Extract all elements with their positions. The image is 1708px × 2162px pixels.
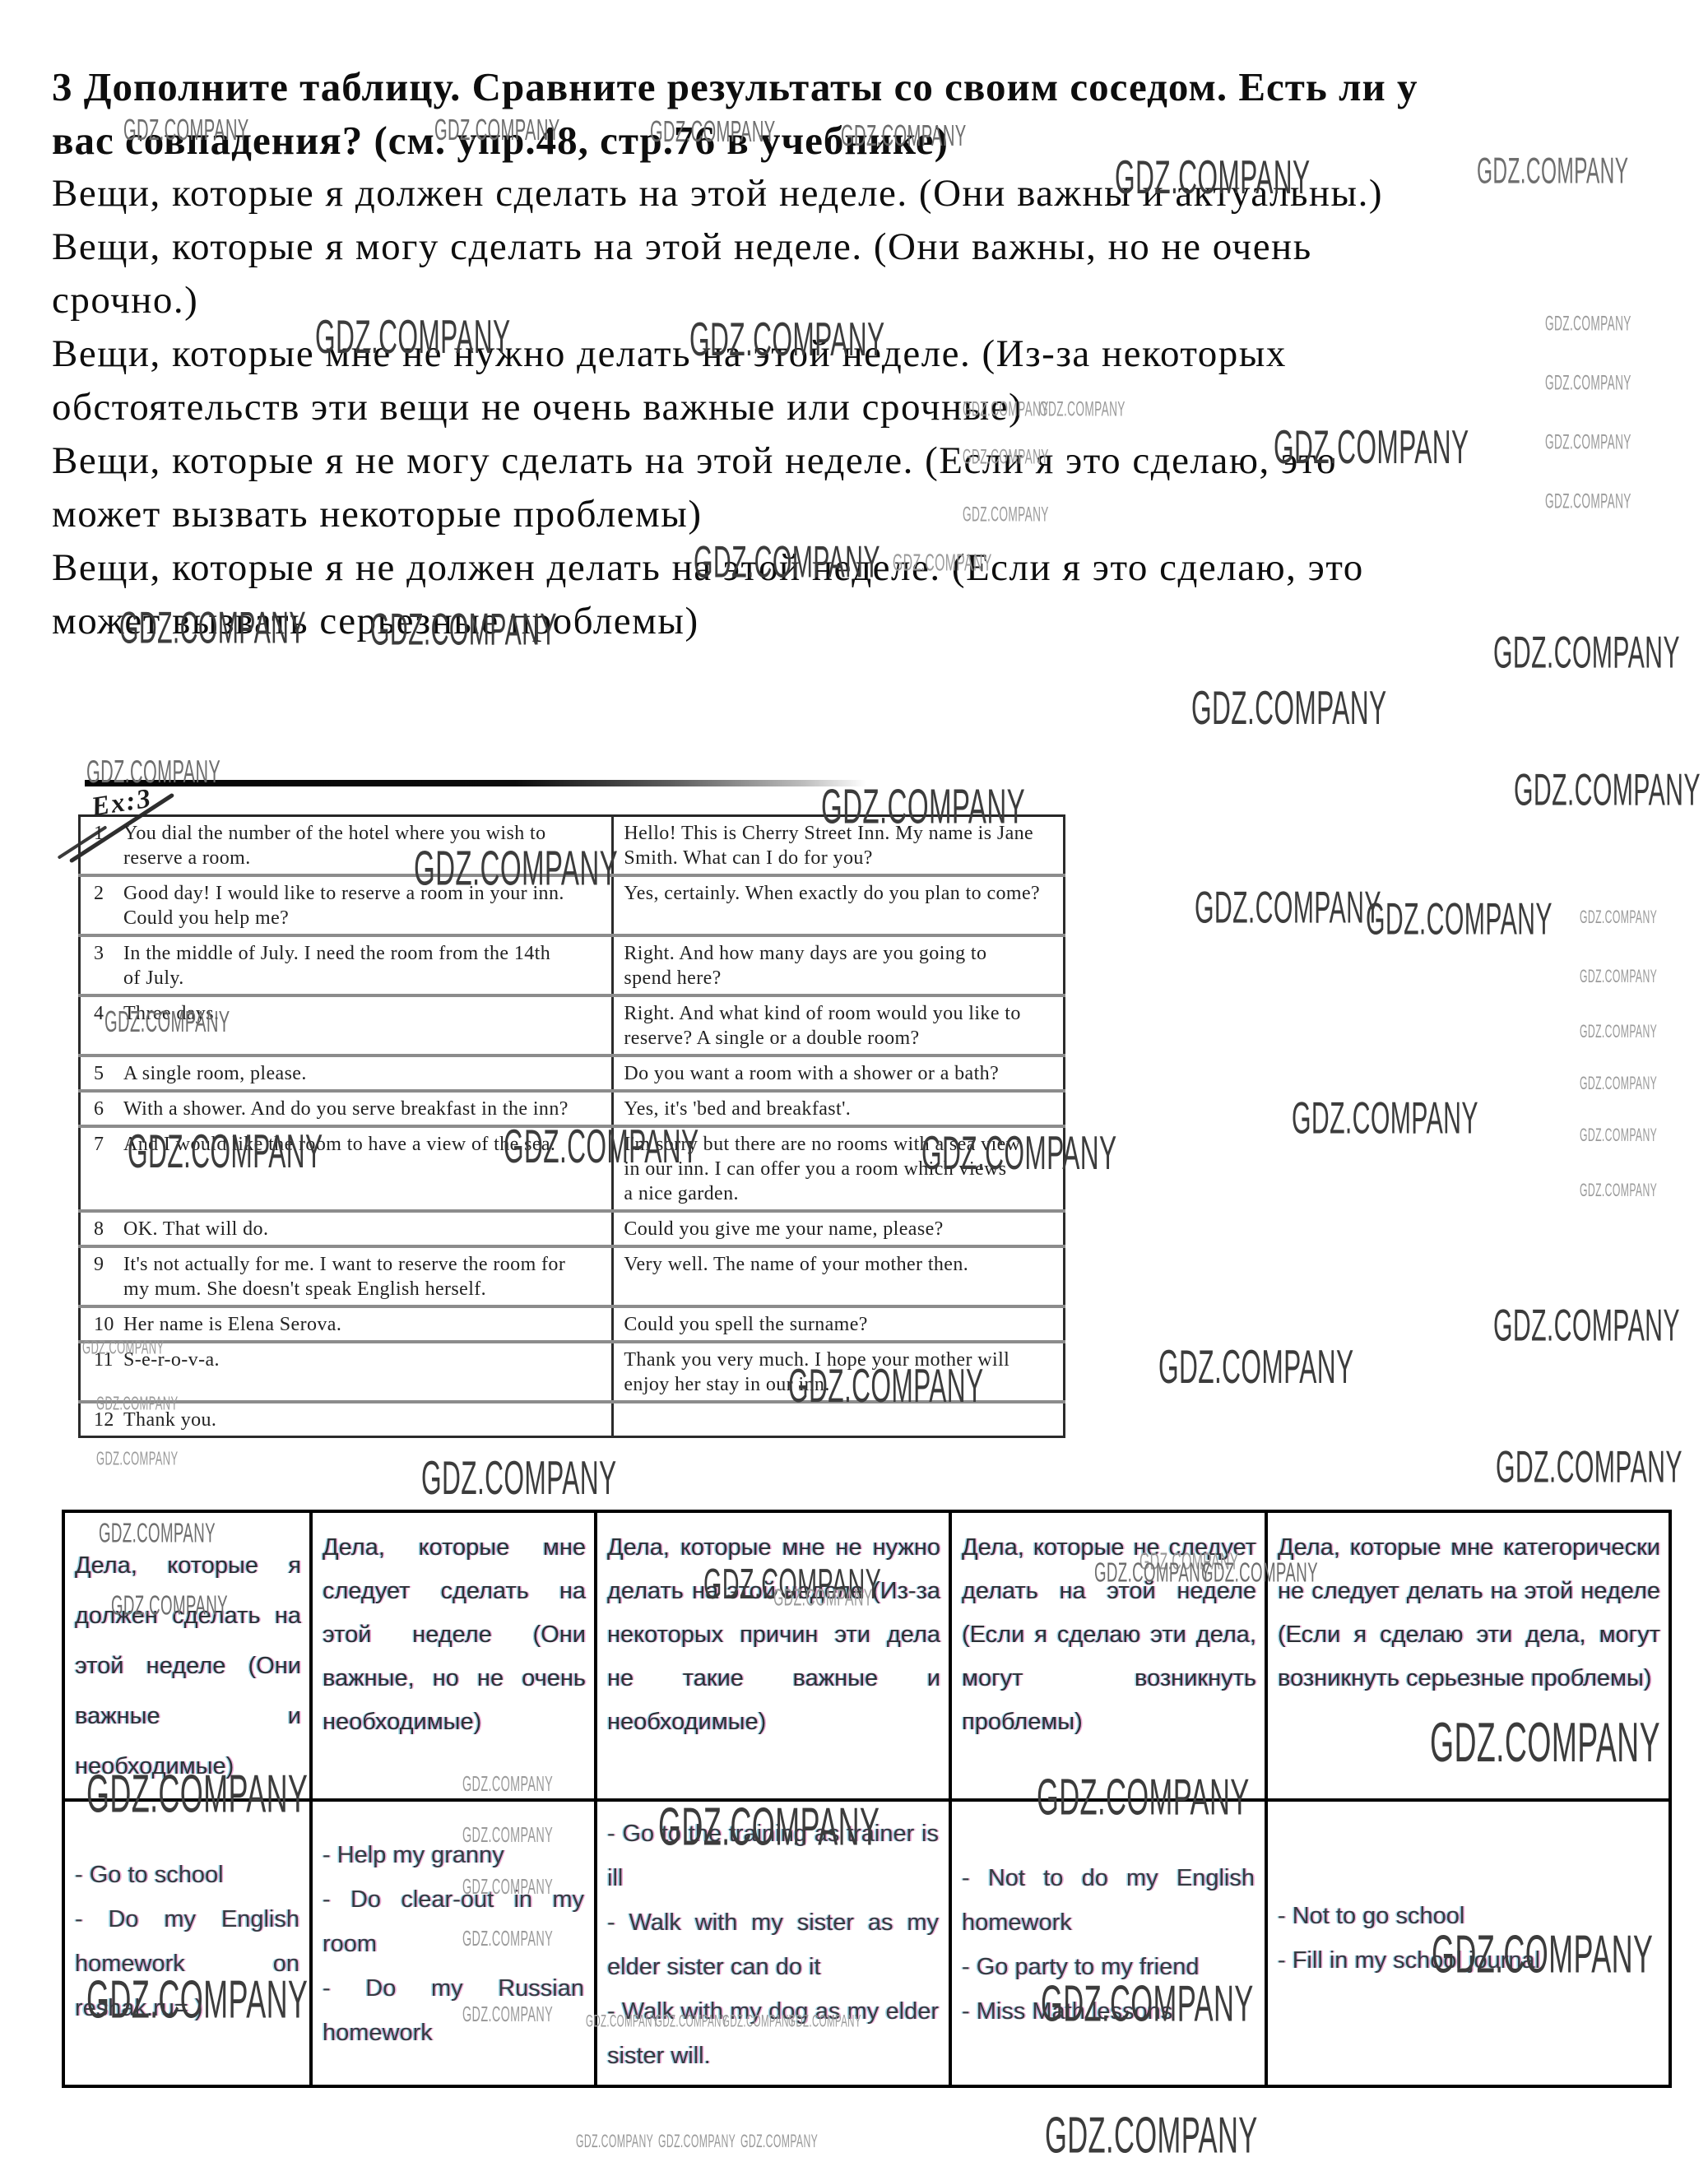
watermark: GDZ.COMPANY [462, 2004, 553, 2025]
watermark: GDZ.COMPANY [1580, 1181, 1657, 1199]
speaker-b-cell: Could you spell the surname? [613, 1306, 1065, 1342]
watermark: GDZ.COMPANY [370, 607, 557, 652]
speaker-a-cell: 5A single room, please. [80, 1055, 613, 1091]
watermark: GDZ.COMPANY [963, 400, 1049, 420]
watermark: GDZ.COMPANY [462, 1774, 553, 1795]
line-number: 5 [94, 1061, 123, 1086]
speaker-b-cell: Could you give me your name, please? [613, 1211, 1065, 1246]
speaker-a-text: 10Her name is Elena Serova. [94, 1312, 605, 1337]
watermark: GDZ.COMPANY [1580, 1023, 1657, 1041]
watermark: GDZ.COMPANY [1545, 373, 1631, 394]
watermark: GDZ.COMPANY [1545, 492, 1631, 513]
watermark: GDZ.COMPANY [1493, 1303, 1680, 1348]
watermark: GDZ.COMPANY [963, 448, 1049, 468]
speaker-a-text: 5A single room, please. [94, 1061, 605, 1086]
watermark: GDZ.COMPANY [504, 1124, 699, 1171]
speaker-a-cell: 3In the middle of July. I need the room … [80, 935, 613, 995]
watermark: GDZ.COMPANY [96, 1394, 178, 1413]
watermark: GDZ.COMPANY [658, 2132, 736, 2150]
watermark: GDZ.COMPANY [1580, 967, 1657, 986]
speaker-a-text: 6With a shower. And do you serve breakfa… [94, 1097, 605, 1121]
watermark: GDZ.COMPANY [1432, 1928, 1653, 1981]
watermark: GDZ.COMPANY [921, 1130, 1116, 1177]
watermark: GDZ.COMPANY [1094, 1558, 1211, 1586]
intro-line: 3 Дополните таблицу. Сравните результаты… [52, 60, 1640, 114]
watermark: GDZ.COMPANY [650, 117, 776, 146]
watermark: GDZ.COMPANY [1274, 425, 1469, 471]
todo-item: - Walk with my dog as my elder sister wi… [607, 1989, 939, 2078]
watermark: GDZ.COMPANY [788, 1363, 983, 1410]
watermark: GDZ.COMPANY [658, 1800, 880, 1853]
watermark: GDZ.COMPANY [421, 1455, 616, 1502]
watermark: GDZ.COMPANY [86, 1767, 308, 1821]
dialogue-row: 9It's not actually for me. I want to res… [80, 1246, 1065, 1306]
speaker-b-cell: Do you want a room with a shower or a ba… [613, 1055, 1065, 1091]
watermark: GDZ.COMPANY [576, 2132, 653, 2150]
line-number: 7 [94, 1132, 123, 1157]
watermark: GDZ.COMPANY [821, 782, 1025, 831]
watermark: GDZ.COMPANY [1115, 155, 1310, 202]
watermark: GDZ.COMPANY [1041, 1979, 1254, 2030]
speaker-a-text: 11S-e-r-o-v-a. [94, 1348, 605, 1372]
todo-body-cell: - Not to do my English homework- Go part… [950, 1800, 1266, 2086]
todo-header-cell: Дела, которые я должен сделать на этой н… [63, 1511, 311, 1800]
watermark: GDZ.COMPANY [655, 2014, 728, 2031]
watermark: GDZ.COMPANY [86, 1973, 308, 2026]
watermark: GDZ.COMPANY [963, 505, 1049, 526]
dialogue-row: 8OK. That will do.Could you give me your… [80, 1211, 1065, 1246]
watermark: GDZ.COMPANY [841, 121, 967, 151]
speaker-a-text: 8OK. That will do. [94, 1217, 605, 1241]
speaker-b-cell: Yes, certainly. When exactly do you plan… [613, 875, 1065, 935]
line-number: 9 [94, 1252, 123, 1277]
watermark: GDZ.COMPANY [788, 2014, 861, 2031]
watermark: GDZ.COMPANY [111, 1591, 228, 1619]
watermark: GDZ.COMPANY [119, 605, 306, 651]
watermark: GDZ.COMPANY [1545, 433, 1631, 453]
speaker-a-cell: 8OK. That will do. [80, 1211, 613, 1246]
watermark: GDZ.COMPANY [1037, 1773, 1250, 1824]
speaker-b-cell: Right. And what kind of room would you l… [613, 995, 1065, 1055]
watermark: GDZ.COMPANY [694, 540, 880, 585]
speaker-b-text: Yes, certainly. When exactly do you plan… [624, 881, 1056, 906]
intro-line: Вещи, которые я должен сделать на этой н… [52, 167, 1640, 220]
line-number: 8 [94, 1217, 123, 1241]
speaker-a-cell: 9It's not actually for me. I want to res… [80, 1246, 613, 1306]
watermark: GDZ.COMPANY [1493, 630, 1680, 675]
watermark: GDZ.COMPANY [123, 115, 249, 145]
watermark: GDZ.COMPANY [1580, 1074, 1657, 1093]
line-number: 10 [94, 1312, 123, 1337]
todo-header-cell: Дела, которые мне не нужно делать на это… [596, 1511, 950, 1800]
watermark: GDZ.COMPANY [1496, 1445, 1682, 1490]
line-number: 6 [94, 1097, 123, 1121]
watermark: GDZ.COMPANY [1366, 897, 1553, 942]
watermark: GDZ.COMPANY [1580, 908, 1657, 926]
speaker-b-text: Could you give me your name, please? [624, 1217, 1056, 1241]
watermark: GDZ.COMPANY [86, 757, 220, 789]
line-number: 2 [94, 881, 123, 906]
watermark: GDZ.COMPANY [586, 2014, 659, 2031]
watermark: GDZ.COMPANY [315, 314, 510, 361]
speaker-b-cell: Very well. The name of your mother then. [613, 1246, 1065, 1306]
watermark: GDZ.COMPANY [1430, 1715, 1660, 1771]
dialogue-row: 5A single room, please.Do you want a roo… [80, 1055, 1065, 1091]
speaker-b-text: Right. And how many days are you going t… [624, 941, 1056, 991]
speaker-b-text: Very well. The name of your mother then. [624, 1252, 1056, 1277]
line-number: 1 [94, 821, 123, 846]
watermark: GDZ.COMPANY [1514, 768, 1701, 813]
watermark: GDZ.COMPANY [462, 1928, 553, 1950]
speaker-b-cell: Right. And how many days are you going t… [613, 935, 1065, 995]
todo-body-cell: - Go to school- Do my English homework o… [63, 1800, 311, 2086]
dialogue-row: 10Her name is Elena Serova.Could you spe… [80, 1306, 1065, 1342]
watermark: GDZ.COMPANY [722, 2014, 796, 2031]
document-page: 3 Дополните таблицу. Сравните результаты… [0, 0, 1708, 2162]
todo-header-cell: Дела, которые мне следует сделать на это… [311, 1511, 596, 1800]
watermark: GDZ.COMPANY [1580, 1126, 1657, 1144]
watermark: GDZ.COMPANY [689, 317, 884, 364]
watermark: GDZ.COMPANY [96, 1449, 178, 1468]
watermark: GDZ.COMPANY [1545, 314, 1631, 335]
watermark: GDZ.COMPANY [893, 551, 992, 575]
watermark: GDZ.COMPANY [1292, 1096, 1478, 1141]
speaker-b-text: Right. And what kind of room would you l… [624, 1001, 1056, 1051]
todo-item: - Not to do my English homework [962, 1856, 1255, 1945]
watermark: GDZ.COMPANY [462, 1825, 553, 1846]
todo-item: - Go to school [75, 1853, 299, 1897]
speaker-b-text: Do you want a room with a shower or a ba… [624, 1061, 1056, 1086]
watermark: GDZ.COMPANY [1039, 400, 1126, 420]
speaker-b-text: Could you spell the surname? [624, 1312, 1056, 1337]
watermark: GDZ.COMPANY [99, 1519, 216, 1547]
watermark: GDZ.COMPANY [1477, 153, 1628, 189]
watermark: GDZ.COMPANY [128, 1129, 323, 1176]
watermark: GDZ.COMPANY [1158, 1344, 1353, 1391]
line-number: 3 [94, 941, 123, 966]
watermark: GDZ.COMPANY [1195, 885, 1381, 930]
watermark: GDZ.COMPANY [1045, 2111, 1258, 2162]
intro-line: Вещи, которые я могу сделать на этой нед… [52, 220, 1640, 274]
watermark: GDZ.COMPANY [1191, 685, 1386, 732]
watermark: GDZ.COMPANY [1201, 1558, 1318, 1586]
speaker-b-text: Yes, it's 'bed and breakfast'. [624, 1097, 1056, 1121]
watermark: GDZ.COMPANY [740, 2132, 818, 2150]
watermark: GDZ.COMPANY [82, 1338, 164, 1357]
watermark: GDZ.COMPANY [104, 1007, 230, 1037]
speaker-a-text: 9It's not actually for me. I want to res… [94, 1252, 605, 1301]
watermark: GDZ.COMPANY [462, 1877, 553, 1898]
watermark: GDZ.COMPANY [414, 843, 618, 893]
intro-line: может вызвать некоторые проблемы) [52, 488, 1640, 541]
todo-item: - Walk with my sister as my elder sister… [607, 1900, 939, 1989]
watermark: GDZ.COMPANY [434, 115, 560, 145]
speaker-a-text: 3In the middle of July. I need the room … [94, 941, 605, 991]
dialogue-row: 3In the middle of July. I need the room … [80, 935, 1065, 995]
watermark: GDZ.COMPANY [773, 1586, 873, 1610]
